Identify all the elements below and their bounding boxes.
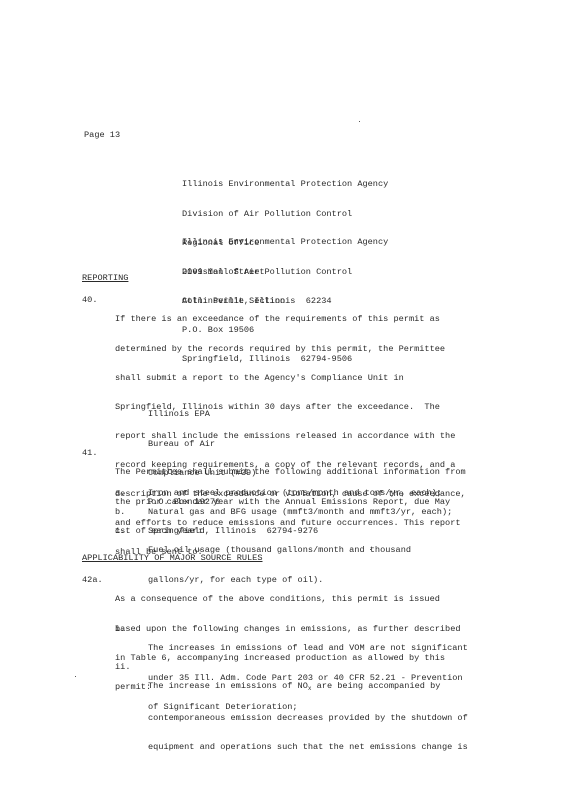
section-heading-applicability: APPLICABILITY OF MAJOR SOURCE RULES [82, 554, 263, 564]
paragraph-line: contemporaneous emission decreases provi… [148, 714, 468, 724]
paragraph-line: the prior calendar year with the Annual … [115, 498, 466, 508]
page-number: Page 13 [84, 131, 120, 141]
text-fragment: are being accompanied by [311, 681, 440, 691]
paragraph-line: The increase in emissions of NOx are bei… [148, 682, 468, 694]
paragraph-line: equipment and operations such that the n… [148, 743, 468, 753]
address-line: Illinois EPA [148, 410, 318, 420]
subitem-label-c: c. [115, 527, 125, 537]
scan-speck [75, 676, 76, 677]
paragraph-line: shall submit a report to the Agency's Co… [115, 374, 466, 384]
address-line: Division of Air Pollution Control [182, 268, 388, 278]
text-fragment: The increase in emissions of NO [148, 681, 308, 691]
item-number-42a: 42a. [82, 576, 103, 586]
paragraph-line: As a consequence of the above conditions… [115, 595, 461, 605]
scan-speck [370, 549, 371, 550]
address-line: Illinois Environmental Protection Agency [182, 238, 388, 248]
subitem-label-b: b. [115, 508, 125, 518]
subitem-label-ii: ii. [115, 663, 130, 673]
section-heading-reporting: REPORTING [82, 274, 128, 284]
subitem-label-i: i. [115, 625, 125, 635]
subitem-ii-text: The increase in emissions of NOx are bei… [148, 663, 468, 762]
address-line: Illinois Environmental Protection Agency [182, 180, 388, 190]
subitem-label-a: a. [115, 489, 125, 499]
address-line: Division of Air Pollution Control [182, 210, 388, 220]
paragraph-line: The increases in emissions of lead and V… [148, 644, 468, 654]
subitem-a-text: Iron and steel production (tons/month an… [148, 489, 442, 499]
item-number-40: 40. [82, 296, 97, 306]
subitem-b-text: Natural gas and BFG usage (mmft3/month a… [148, 508, 452, 518]
paragraph-line: The Permittee shall submit the following… [115, 468, 466, 478]
address-line: Bureau of Air [148, 440, 318, 450]
paragraph-line: If there is an exceedance of the require… [115, 315, 466, 325]
scan-speck [359, 121, 360, 122]
paragraph-line: determined by the records required by th… [115, 345, 466, 355]
item-number-41: 41. [82, 449, 97, 459]
